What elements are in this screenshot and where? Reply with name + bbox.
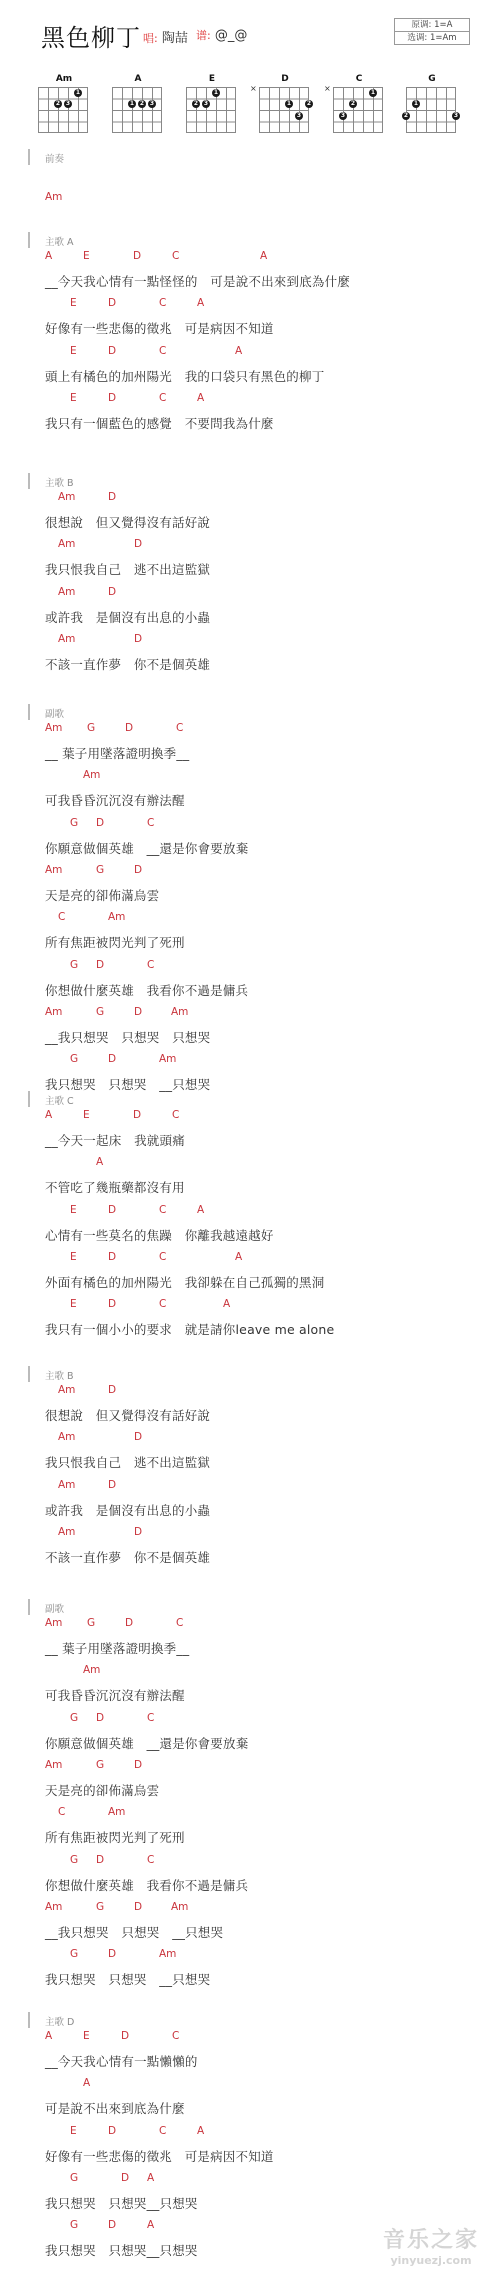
chord-symbol: C bbox=[147, 959, 154, 971]
finger-dot-icon: 1 bbox=[212, 89, 220, 97]
chord-row: GDAm bbox=[45, 1948, 465, 1962]
lyric-line: __今天我心情有一點懶懶的 bbox=[45, 2052, 198, 2070]
chord-diagram-name: D bbox=[257, 74, 313, 84]
chord-diagram-name: G bbox=[404, 74, 460, 84]
chord-symbol: E bbox=[70, 2125, 77, 2137]
section-divider bbox=[28, 473, 30, 489]
chord-symbol: E bbox=[70, 297, 77, 309]
chord-row: EDCA bbox=[45, 345, 465, 359]
arranger-info: 谱: @_@ bbox=[196, 27, 247, 43]
section-divider bbox=[28, 1366, 30, 1382]
lyric-line: 天是亮的卻佈滿烏雲 bbox=[45, 1781, 159, 1799]
lyric-line: 不管吃了幾瓶藥都沒有用 bbox=[45, 1178, 185, 1196]
chord-row: CAm bbox=[45, 911, 465, 925]
watermark-text: 音乐之家 bbox=[375, 2228, 487, 2254]
chord-symbol: G bbox=[70, 959, 78, 971]
chord-symbol: C bbox=[159, 1251, 166, 1263]
chord-symbol: D bbox=[121, 2172, 129, 2184]
lyric-line: 不該一直作夢 你不是個英雄 bbox=[45, 655, 210, 673]
chord-row: AEDCA bbox=[45, 250, 465, 264]
chord-symbol: Am bbox=[108, 911, 125, 923]
chord-row: GDC bbox=[45, 959, 465, 973]
chord-symbol: D bbox=[108, 1204, 116, 1216]
chord-row: GDC bbox=[45, 1854, 465, 1868]
lyric-line: 所有焦距被閃光判了死刑 bbox=[45, 1828, 185, 1846]
section-label: 副歌 bbox=[45, 1601, 64, 1615]
chord-symbol: Am bbox=[83, 1664, 100, 1676]
chord-symbol: G bbox=[87, 722, 95, 734]
arranger-name: @_@ bbox=[215, 28, 248, 43]
section-divider bbox=[28, 232, 30, 248]
chord-symbol: E bbox=[70, 1298, 77, 1310]
chord-symbol: G bbox=[96, 864, 104, 876]
chord-symbol: Am bbox=[45, 1617, 62, 1629]
lyric-line: 很想說 但又覺得沒有話好說 bbox=[45, 513, 210, 531]
song-title: 黑色柳丁 bbox=[41, 18, 141, 53]
watermark-url: yinyuezj.com bbox=[375, 2254, 487, 2268]
finger-dot-icon: 2 bbox=[305, 100, 313, 108]
chord-row: AmD bbox=[45, 538, 465, 552]
chord-symbol: C bbox=[58, 911, 65, 923]
chord-symbol: E bbox=[70, 1204, 77, 1216]
chord-row: A bbox=[45, 1156, 465, 1170]
chord-symbol: Am bbox=[58, 538, 75, 550]
chord-symbol: C bbox=[147, 817, 154, 829]
chord-row: EDCA bbox=[45, 297, 465, 311]
chord-symbol: C bbox=[147, 1712, 154, 1724]
chosen-key: 选调: 1=Am bbox=[395, 31, 469, 44]
chord-symbol: G bbox=[87, 1617, 95, 1629]
chord-row: GDAm bbox=[45, 1053, 465, 1067]
chord-symbol: D bbox=[134, 1431, 142, 1443]
section-divider bbox=[28, 2012, 30, 2028]
chord-symbol: D bbox=[96, 959, 104, 971]
singer-info: 唱: 陶喆 bbox=[143, 27, 188, 46]
chord-symbol: D bbox=[96, 1712, 104, 1724]
chord-symbol: Am bbox=[58, 1431, 75, 1443]
chord-symbol: Am bbox=[45, 191, 62, 203]
chord-symbol: D bbox=[108, 297, 116, 309]
lyric-line: 可我昏昏沉沉沒有辦法醒 bbox=[45, 1686, 185, 1704]
chord-symbol: G bbox=[96, 1901, 104, 1913]
chord-symbol: Am bbox=[159, 1948, 176, 1960]
chord-symbol: D bbox=[108, 586, 116, 598]
chord-row: Am bbox=[45, 1664, 465, 1678]
chord-row: EDCA bbox=[45, 392, 465, 406]
chord-symbol: E bbox=[70, 1251, 77, 1263]
lyric-line: __我只想哭 只想哭 __只想哭 bbox=[45, 1923, 223, 1941]
chord-symbol: D bbox=[125, 1617, 133, 1629]
chord-symbol: D bbox=[96, 817, 104, 829]
section-label: 主歌 B bbox=[45, 475, 74, 489]
chord-symbol: A bbox=[147, 2219, 154, 2231]
muted-string-icon: × bbox=[324, 84, 331, 93]
chord-symbol: Am bbox=[45, 1759, 62, 1771]
lyric-line: 可是說不出來到底為什麼 bbox=[45, 2099, 185, 2117]
chord-row: EDCA bbox=[45, 2125, 465, 2139]
fretboard-grid bbox=[112, 87, 162, 133]
lyric-line: 我只有一個藍色的感覺 不要問我為什麼 bbox=[45, 414, 274, 432]
chord-symbol: D bbox=[108, 2125, 116, 2137]
chord-symbol: D bbox=[133, 1109, 141, 1121]
chord-symbol: E bbox=[83, 2030, 90, 2042]
chord-row: Am bbox=[45, 191, 465, 205]
chord-symbol: Am bbox=[58, 633, 75, 645]
chord-symbol: Am bbox=[45, 864, 62, 876]
chord-row: EDCA bbox=[45, 1204, 465, 1218]
chord-row: AEDC bbox=[45, 1109, 465, 1123]
chord-symbol: G bbox=[70, 2219, 78, 2231]
chord-symbol: A bbox=[83, 2077, 90, 2089]
chord-symbol: Am bbox=[171, 1006, 188, 1018]
chord-symbol: A bbox=[197, 2125, 204, 2137]
chord-symbol: G bbox=[96, 1006, 104, 1018]
finger-dot-icon: 3 bbox=[452, 112, 460, 120]
chord-symbol: A bbox=[235, 345, 242, 357]
chord-symbol: D bbox=[108, 1384, 116, 1396]
chord-symbol: D bbox=[121, 2030, 129, 2042]
chord-symbol: D bbox=[133, 250, 141, 262]
section-label: 副歌 bbox=[45, 706, 64, 720]
chord-row: AmGDAm bbox=[45, 1006, 465, 1020]
chord-symbol: G bbox=[70, 1712, 78, 1724]
chord-symbol: C bbox=[176, 722, 183, 734]
chord-row: AmD bbox=[45, 1384, 465, 1398]
lyric-line: 我只想哭 只想哭__只想哭 bbox=[45, 2241, 198, 2259]
chord-symbol: A bbox=[45, 1109, 52, 1121]
chord-symbol: Am bbox=[171, 1901, 188, 1913]
chord-symbol: D bbox=[134, 633, 142, 645]
lyric-line: __我只想哭 只想哭 只想哭 bbox=[45, 1028, 210, 1046]
chord-symbol: Am bbox=[58, 586, 75, 598]
finger-dot-icon: 1 bbox=[369, 89, 377, 97]
chord-symbol: C bbox=[159, 2125, 166, 2137]
chord-symbol: D bbox=[108, 1948, 116, 1960]
chord-symbol: D bbox=[134, 1759, 142, 1771]
muted-string-icon: × bbox=[250, 84, 257, 93]
chord-symbol: Am bbox=[108, 1806, 125, 1818]
chord-symbol: C bbox=[159, 392, 166, 404]
finger-dot-icon: 3 bbox=[339, 112, 347, 120]
section-divider bbox=[28, 1091, 30, 1107]
chord-diagram-name: A bbox=[110, 74, 166, 84]
section-divider bbox=[28, 704, 30, 720]
section-label: 主歌 B bbox=[45, 1368, 74, 1382]
lyric-line: 或許我 是個沒有出息的小蟲 bbox=[45, 608, 210, 626]
chord-row: AmD bbox=[45, 491, 465, 505]
chord-row: AmGD bbox=[45, 1759, 465, 1773]
chord-row: AmGDAm bbox=[45, 1901, 465, 1915]
lyric-line: 我只有一個小小的要求 就是請你leave me alone bbox=[45, 1320, 334, 1338]
chord-row: EDCA bbox=[45, 1298, 465, 1312]
lyric-line: 我只恨我自己 逃不出這監獄 bbox=[45, 1453, 210, 1471]
chord-symbol: D bbox=[134, 864, 142, 876]
lyric-line: 你願意做個英雄 __還是你會要放棄 bbox=[45, 839, 248, 857]
section-label: 主歌 A bbox=[45, 234, 74, 248]
lyric-line: __ 葉子用墜落證明換季__ bbox=[45, 744, 189, 762]
chord-symbol: D bbox=[108, 1479, 116, 1491]
chord-row: AmD bbox=[45, 1431, 465, 1445]
section-divider bbox=[28, 149, 30, 165]
chord-row: AmD bbox=[45, 1526, 465, 1540]
chord-symbol: E bbox=[70, 392, 77, 404]
finger-dot-icon: 1 bbox=[74, 89, 82, 97]
chord-symbol: D bbox=[108, 491, 116, 503]
key-box: 原调: 1=A 选调: 1=Am bbox=[394, 18, 470, 45]
chord-row: AmGDC bbox=[45, 722, 465, 736]
lyric-line: 你願意做個英雄 __還是你會要放棄 bbox=[45, 1734, 248, 1752]
chord-row: AmD bbox=[45, 1479, 465, 1493]
chord-symbol: D bbox=[108, 345, 116, 357]
chord-symbol: G bbox=[70, 1948, 78, 1960]
singer-name: 陶喆 bbox=[162, 31, 188, 46]
chord-symbol: C bbox=[172, 2030, 179, 2042]
lyric-line: 好像有一些悲傷的徵兆 可是病因不知道 bbox=[45, 319, 274, 337]
lyric-line: 天是亮的卻佈滿烏雲 bbox=[45, 886, 159, 904]
chord-symbol: C bbox=[58, 1806, 65, 1818]
lyric-line: 頭上有橘色的加州陽光 我的口袋只有黑色的柳丁 bbox=[45, 367, 324, 385]
chord-symbol: E bbox=[70, 345, 77, 357]
finger-dot-icon: 3 bbox=[295, 112, 303, 120]
arranger-label: 谱: bbox=[196, 29, 211, 42]
fretboard-grid bbox=[406, 87, 456, 133]
chord-symbol: Am bbox=[159, 1053, 176, 1065]
chord-symbol: Am bbox=[83, 769, 100, 781]
lyric-line: __ 葉子用墜落證明換季__ bbox=[45, 1639, 189, 1657]
chord-symbol: D bbox=[108, 1298, 116, 1310]
section-divider bbox=[28, 1599, 30, 1615]
chord-symbol: D bbox=[108, 392, 116, 404]
lyric-line: 我只想哭 只想哭 __只想哭 bbox=[45, 1075, 210, 1093]
lyric-line: 你想做什麼英雄 我看你不過是傭兵 bbox=[45, 1876, 248, 1894]
lyric-line: 我只想哭 只想哭__只想哭 bbox=[45, 2194, 198, 2212]
chord-row: AmD bbox=[45, 633, 465, 647]
chord-symbol: C bbox=[147, 1854, 154, 1866]
chord-symbol: A bbox=[96, 1156, 103, 1168]
chord-symbol: C bbox=[176, 1617, 183, 1629]
fretboard-grid bbox=[259, 87, 309, 133]
chord-symbol: D bbox=[108, 1053, 116, 1065]
chord-symbol: A bbox=[45, 2030, 52, 2042]
chord-symbol: Am bbox=[58, 1384, 75, 1396]
chord-row: AmGDC bbox=[45, 1617, 465, 1631]
chord-symbol: G bbox=[70, 1854, 78, 1866]
lyric-line: 我只想哭 只想哭 __只想哭 bbox=[45, 1970, 210, 1988]
chord-symbol: D bbox=[134, 538, 142, 550]
chord-symbol: D bbox=[125, 722, 133, 734]
lyric-line: __今天一起床 我就頭痛 bbox=[45, 1131, 185, 1149]
chord-symbol: D bbox=[108, 2219, 116, 2231]
lyric-line: 所有焦距被閃光判了死刑 bbox=[45, 933, 185, 951]
chord-symbol: C bbox=[172, 1109, 179, 1121]
chord-symbol: A bbox=[197, 297, 204, 309]
chord-symbol: A bbox=[235, 1251, 242, 1263]
chord-symbol: D bbox=[134, 1901, 142, 1913]
chord-row: GDC bbox=[45, 817, 465, 831]
lyric-line: 或許我 是個沒有出息的小蟲 bbox=[45, 1501, 210, 1519]
chord-symbol: A bbox=[223, 1298, 230, 1310]
chord-row: Am bbox=[45, 769, 465, 783]
chord-symbol: D bbox=[96, 1854, 104, 1866]
chord-symbol: G bbox=[70, 1053, 78, 1065]
fretboard-grid bbox=[186, 87, 236, 133]
chord-symbol: E bbox=[83, 250, 90, 262]
section-label: 主歌 D bbox=[45, 2014, 74, 2028]
chord-diagram-name: Am bbox=[36, 74, 92, 84]
lyric-line: 心情有一些莫名的焦躁 你離我越遠越好 bbox=[45, 1226, 274, 1244]
chord-symbol: D bbox=[108, 1251, 116, 1263]
chord-symbol: C bbox=[159, 297, 166, 309]
section-label: 前奏 bbox=[45, 151, 64, 165]
chord-row: GDA bbox=[45, 2172, 465, 2186]
watermark-logo: 音乐之家 yinyuezj.com bbox=[375, 2228, 487, 2272]
chord-symbol: A bbox=[45, 250, 52, 262]
chord-diagram-name: E bbox=[184, 74, 240, 84]
chord-symbol: G bbox=[70, 817, 78, 829]
lyric-line: 我只恨我自己 逃不出這監獄 bbox=[45, 560, 210, 578]
lyric-line: 很想說 但又覺得沒有話好說 bbox=[45, 1406, 210, 1424]
chord-row: AEDC bbox=[45, 2030, 465, 2044]
lyric-line: 可我昏昏沉沉沒有辦法醒 bbox=[45, 791, 185, 809]
singer-label: 唱: bbox=[143, 32, 158, 45]
chord-row: EDCA bbox=[45, 1251, 465, 1265]
chord-row: CAm bbox=[45, 1806, 465, 1820]
chord-symbol: C bbox=[159, 1298, 166, 1310]
chord-symbol: Am bbox=[58, 1479, 75, 1491]
chord-symbol: C bbox=[159, 345, 166, 357]
chord-symbol: Am bbox=[45, 722, 62, 734]
chord-symbol: D bbox=[134, 1526, 142, 1538]
chord-symbol: A bbox=[197, 392, 204, 404]
chord-symbol: C bbox=[172, 250, 179, 262]
finger-dot-icon: 2 bbox=[402, 112, 410, 120]
lyric-line: 不該一直作夢 你不是個英雄 bbox=[45, 1548, 210, 1566]
lyric-line: __今天我心情有一點怪怪的 可是說不出來到底為什麼 bbox=[45, 272, 350, 290]
chord-symbol: G bbox=[70, 2172, 78, 2184]
chord-row: AmD bbox=[45, 586, 465, 600]
lyric-line: 你想做什麼英雄 我看你不過是傭兵 bbox=[45, 981, 248, 999]
chord-symbol: Am bbox=[58, 1526, 75, 1538]
chord-symbol: A bbox=[147, 2172, 154, 2184]
chord-symbol: A bbox=[197, 1204, 204, 1216]
chord-diagram-name: C bbox=[331, 74, 387, 84]
chord-symbol: E bbox=[83, 1109, 90, 1121]
chord-symbol: G bbox=[96, 1759, 104, 1771]
chord-symbol: Am bbox=[45, 1901, 62, 1913]
chord-row: GDC bbox=[45, 1712, 465, 1726]
section-label: 主歌 C bbox=[45, 1093, 74, 1107]
lyric-line: 好像有一些悲傷的徵兆 可是病因不知道 bbox=[45, 2147, 274, 2165]
chord-symbol: C bbox=[159, 1204, 166, 1216]
chord-symbol: Am bbox=[58, 491, 75, 503]
chord-symbol: A bbox=[260, 250, 267, 262]
chord-row: A bbox=[45, 2077, 465, 2091]
chord-row: AmGD bbox=[45, 864, 465, 878]
lyric-line: 外面有橘色的加州陽光 我卻躲在自己孤獨的黑洞 bbox=[45, 1273, 324, 1291]
chord-symbol: D bbox=[134, 1006, 142, 1018]
chord-symbol: Am bbox=[45, 1006, 62, 1018]
original-key: 原调: 1=A bbox=[395, 19, 469, 31]
